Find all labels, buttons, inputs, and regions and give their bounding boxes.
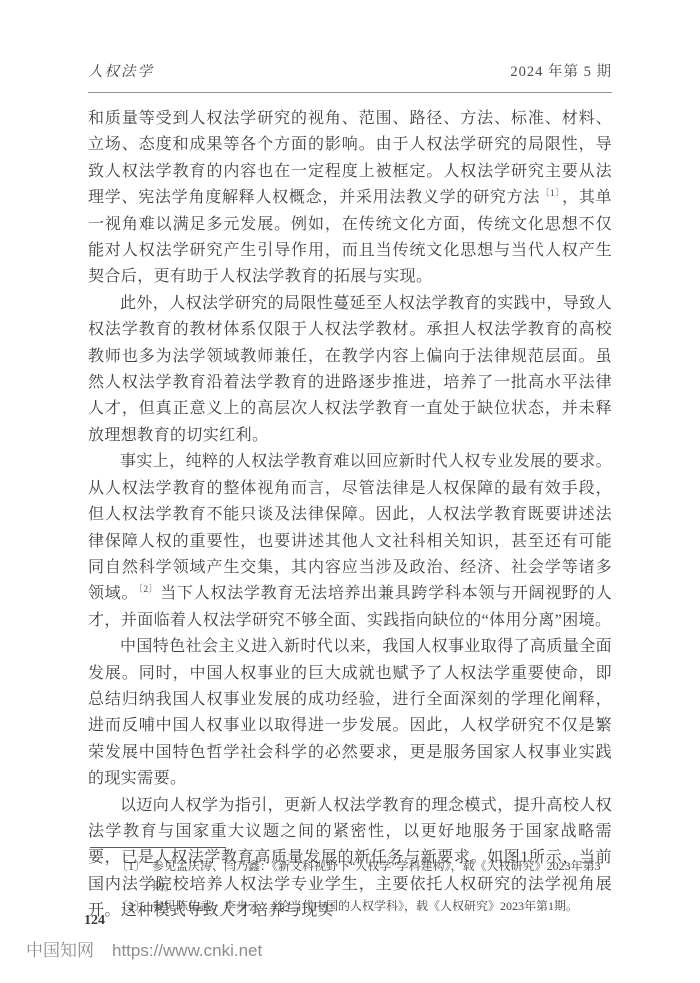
page-number: 124 bbox=[84, 913, 105, 929]
footnote-separator bbox=[90, 847, 226, 848]
footnote-2: 〔2〕 参见陈佑武、李步云：《论当代中国的人权学科》，载《人权研究》2023年第… bbox=[116, 896, 620, 916]
cnki-watermark-label: 中国知网 bbox=[26, 936, 94, 961]
footnote-2-marker: 〔2〕 bbox=[116, 896, 152, 916]
footnote-1-text: 参见孟庆涛、闫乃鑫：《新文科视野下“人权学”学科建构》，载《人权研究》2023年… bbox=[152, 856, 620, 896]
footnotes-block: 〔1〕 参见孟庆涛、闫乃鑫：《新文科视野下“人权学”学科建构》，载《人权研究》2… bbox=[116, 856, 620, 916]
footnote-1: 〔1〕 参见孟庆涛、闫乃鑫：《新文科视野下“人权学”学科建构》，载《人权研究》2… bbox=[116, 856, 620, 896]
footnote-ref-2: 〔2〕 bbox=[138, 585, 158, 595]
paragraph-3: 事实上，纯粹的人权法学教育难以回应新时代人权专业发展的要求。从人权法学教育的整体… bbox=[88, 449, 612, 634]
paragraph-2-text: 此外，人权法学研究的局限性蔓延至人权法学教育的实践中，导致人权法学教育的教材体系… bbox=[88, 295, 612, 444]
paragraph-1: 和质量等受到人权法学研究的视角、范围、路径、方法、标准、材料、立场、态度和成果等… bbox=[88, 106, 612, 291]
document-page: 人权法学 2024 年第 5 期 和质量等受到人权法学研究的视角、范围、路径、方… bbox=[0, 0, 700, 983]
cnki-watermark: 中国知网 https://www.cnki.net bbox=[26, 936, 262, 961]
paragraph-4-text: 中国特色社会主义进入新时代以来，我国人权事业取得了高质量全面发展。同时，中国人权… bbox=[88, 638, 612, 787]
journal-title: 人权法学 bbox=[88, 60, 154, 81]
article-body: 和质量等受到人权法学研究的视角、范围、路径、方法、标准、材料、立场、态度和成果等… bbox=[88, 106, 612, 925]
footnote-2-text: 参见陈佑武、李步云：《论当代中国的人权学科》，载《人权研究》2023年第1期。 bbox=[152, 896, 620, 916]
page-header: 人权法学 2024 年第 5 期 bbox=[88, 60, 612, 81]
paragraph-2: 此外，人权法学研究的局限性蔓延至人权法学教育的实践中，导致人权法学教育的教材体系… bbox=[88, 291, 612, 449]
paragraph-4: 中国特色社会主义进入新时代以来，我国人权事业取得了高质量全面发展。同时，中国人权… bbox=[88, 634, 612, 792]
footnote-ref-1: 〔1〕 bbox=[540, 189, 560, 199]
cnki-watermark-url: https://www.cnki.net bbox=[112, 941, 262, 961]
header-divider bbox=[88, 92, 612, 93]
paragraph-3-text: 事实上，纯粹的人权法学教育难以回应新时代人权专业发展的要求。从人权法学教育的整体… bbox=[88, 453, 612, 602]
issue-label: 2024 年第 5 期 bbox=[510, 60, 612, 81]
footnote-1-marker: 〔1〕 bbox=[116, 856, 152, 896]
paragraph-1-text: 和质量等受到人权法学研究的视角、范围、路径、方法、标准、材料、立场、态度和成果等… bbox=[88, 110, 612, 206]
paragraph-3-text-cont: 当下人权法学教育无法培养出兼具跨学科本领与开阔视野的人才，并面临着人权法学研究不… bbox=[88, 585, 612, 628]
